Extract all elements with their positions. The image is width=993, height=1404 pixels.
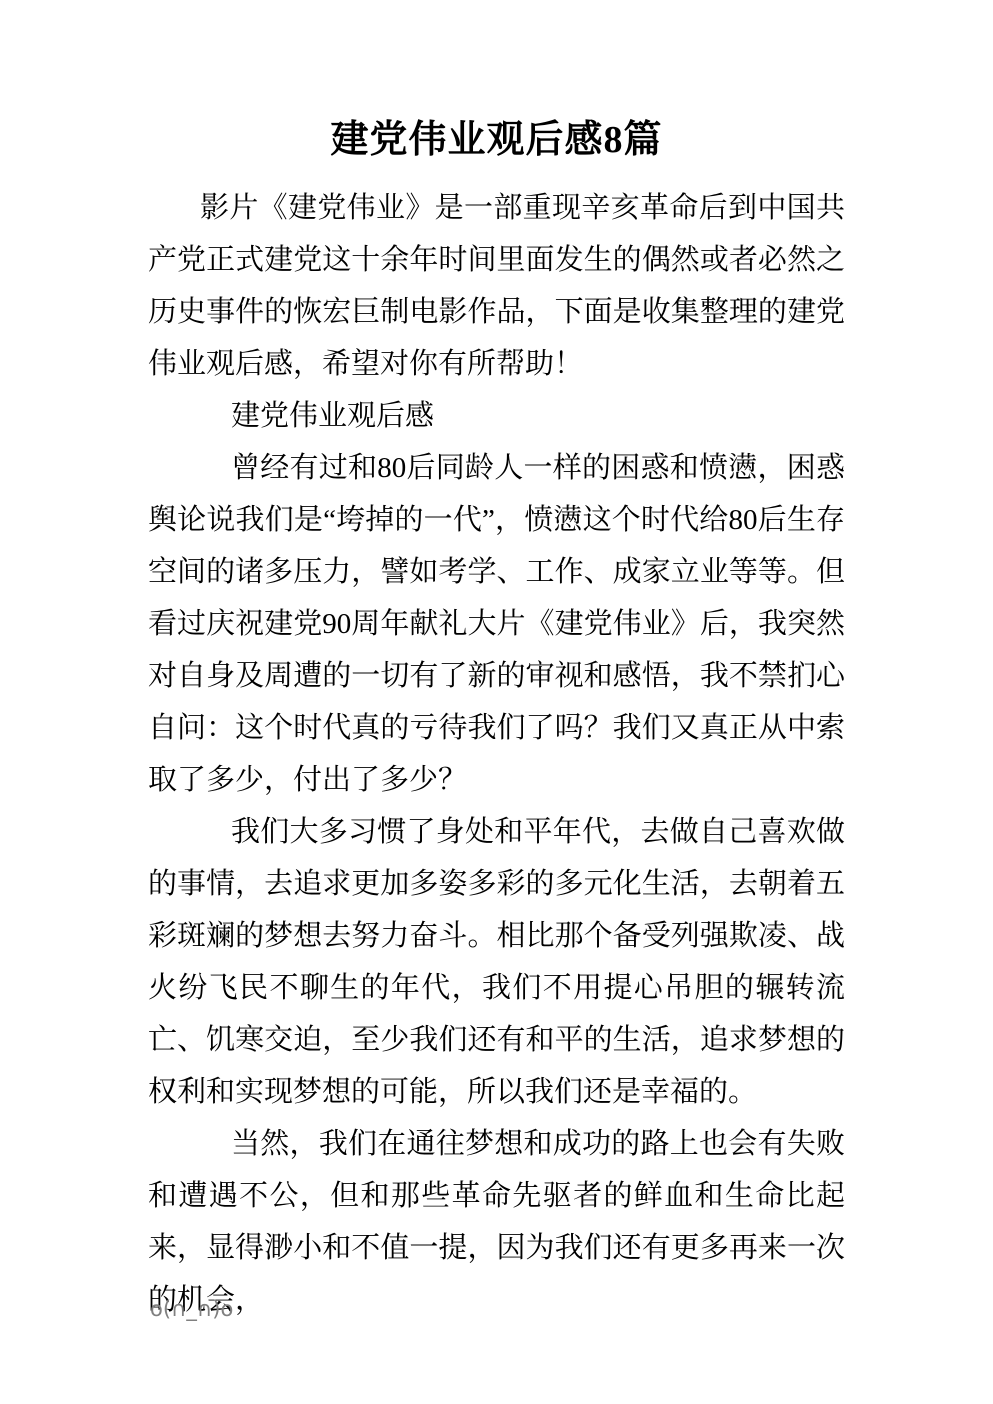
paragraph: 影片《建党伟业》是一部重现辛亥革命后到中国共产党正式建党这十余年时间里面发生的偶… [148, 182, 845, 390]
section-subheading: 建党伟业观后感 [148, 390, 845, 442]
footer-emoticon: o(∩_∩)o [150, 1296, 233, 1322]
page-title: 建党伟业观后感8篇 [148, 112, 845, 168]
document-body: 影片《建党伟业》是一部重现辛亥革命后到中国共产党正式建党这十余年时间里面发生的偶… [148, 182, 845, 1326]
document-page: 建党伟业观后感8篇 影片《建党伟业》是一部重现辛亥革命后到中国共产党正式建党这十… [0, 0, 993, 1404]
paragraph: 我们大多习惯了身处和平年代，去做自己喜欢做的事情，去追求更加多姿多彩的多元化生活… [148, 806, 845, 1118]
document-content: 建党伟业观后感8篇 影片《建党伟业》是一部重现辛亥革命后到中国共产党正式建党这十… [148, 112, 845, 1326]
paragraph: 当然，我们在通往梦想和成功的路上也会有失败和遭遇不公，但和那些革命先驱者的鲜血和… [148, 1118, 845, 1326]
paragraph: 曾经有过和80后同龄人一样的困惑和愤懑，困惑舆论说我们是“垮掉的一代”，愤懑这个… [148, 442, 845, 806]
